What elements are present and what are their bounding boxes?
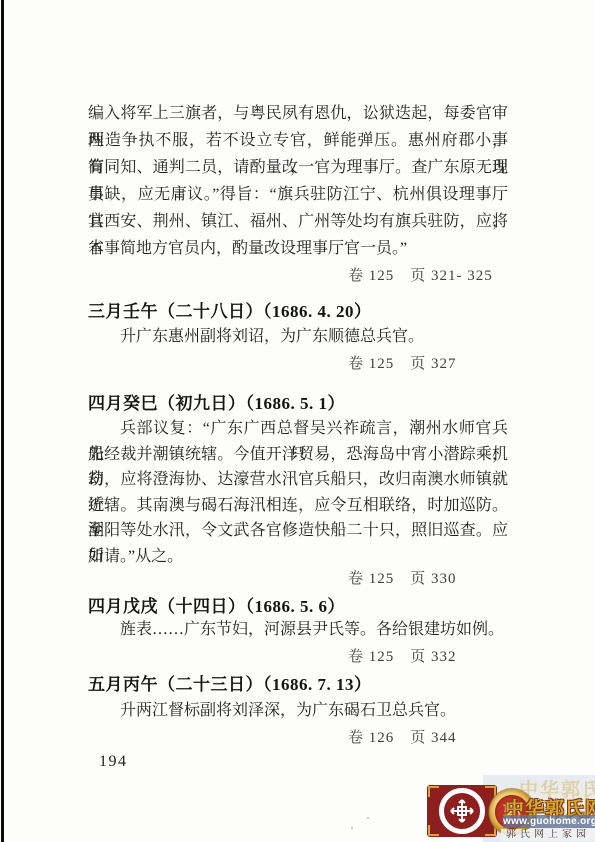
text-line: 统辖。其南澳与碣石海汛相连，应令互相联络，时加巡防。至 [88, 493, 508, 519]
text-line: 劫，应将澄海协、达濠营水汛官兵船只，改归南澳水师镇就近 [88, 467, 508, 493]
ornament-corner [428, 786, 439, 797]
text-line: 潮阳等处水汛，令文武各官修造快船二十只，照旧巡查。应如 [88, 518, 508, 544]
text-line: 其西安、荆州、镇江、福州、广州等处均有旗兵驻防，应将本 [88, 208, 508, 235]
text-line: 省事简地方官员内，酌量改设理事厅官一员。” [88, 235, 508, 262]
text-line: 先经裁并潮镇统辖。今值开洋贸易，恐海岛中宵小潜踪乘机窃 [88, 442, 508, 468]
entry-body: 旌表……广东节妇，河源县尹氏等。各给银建坊如例。 [88, 619, 508, 641]
volume-page-reference: 卷 125 页 321- 325 [348, 266, 508, 286]
entry-date-heading: 三月壬午（二十八日）（1686. 4. 20） [88, 300, 508, 324]
page-content: 编入将军上三旗者，与粤民夙有恩仇，讼狱迭起，每委官审理， 两造争执不服，若不设立… [88, 100, 508, 748]
dust-speck [367, 817, 369, 819]
entry-body: 升两江督标副将刘泽深，为广东碣石卫总兵官。 [88, 700, 508, 722]
text-line: 编入将军上三旗者，与粤民夙有恩仇，讼狱迭起，每委官审理， [88, 100, 508, 127]
volume-page-reference: 卷 125 页 330 [348, 569, 508, 589]
entry-body: 升广东惠州副将刘诏，为广东顺德总兵官。 [88, 326, 508, 348]
paragraph-continuation: 编入将军上三旗者，与粤民夙有恩仇，讼狱迭起，每委官审理， 两造争执不服，若不设立… [88, 100, 508, 262]
scanned-book-page: 编入将军上三旗者，与粤民夙有恩仇，讼狱迭起，每委官审理， 两造争执不服，若不设立… [0, 0, 595, 842]
entry-paragraph: 兵部议复：“广东广西总督吴兴祚疏言，潮州水师官兵船只， 先经裁并潮镇统辖。今值开… [88, 416, 508, 569]
volume-page-reference: 卷 125 页 327 [348, 354, 508, 374]
ornament-corner [428, 825, 439, 836]
text-line: 员缺，应无庸议。”得旨：“旗兵驻防江宁、杭州俱设理事厅官， [88, 181, 508, 208]
dust-speck [351, 827, 353, 829]
text-line: 兵部议复：“广东广西总督吴兴祚疏言，潮州水师官兵船只， [88, 416, 508, 442]
entry-date-heading: 四月癸巳（初九日）（1686. 5. 1） [88, 392, 508, 416]
watermark-tagline: 郭氏网上家园 [501, 829, 595, 841]
watermark-url: www.guohome.org [503, 815, 595, 828]
page-number: 194 [99, 753, 128, 771]
clan-emblem-icon [427, 785, 497, 837]
site-watermark: 中华郭氏网 郭 [423, 775, 595, 842]
entry-date-heading: 五月丙午（二十三日）（1686. 7. 13） [88, 673, 508, 697]
entry-date-heading: 四月戊戌（十四日）（1686. 5. 6） [88, 595, 508, 619]
text-line: 两造争执不服，若不设立专官，鲜能弹压。惠州府郡小事简，现 [88, 127, 508, 154]
knot-icon [450, 799, 474, 823]
text-line: 有同知、通判二员，请酌量改一官为理事厅。查广东原无理事 [88, 154, 508, 181]
scan-artifact-line [1, 0, 4, 842]
volume-page-reference: 卷 126 页 344 [348, 728, 508, 748]
text-line: 所请。”从之。 [88, 544, 508, 570]
volume-page-reference: 卷 125 页 332 [348, 647, 508, 667]
